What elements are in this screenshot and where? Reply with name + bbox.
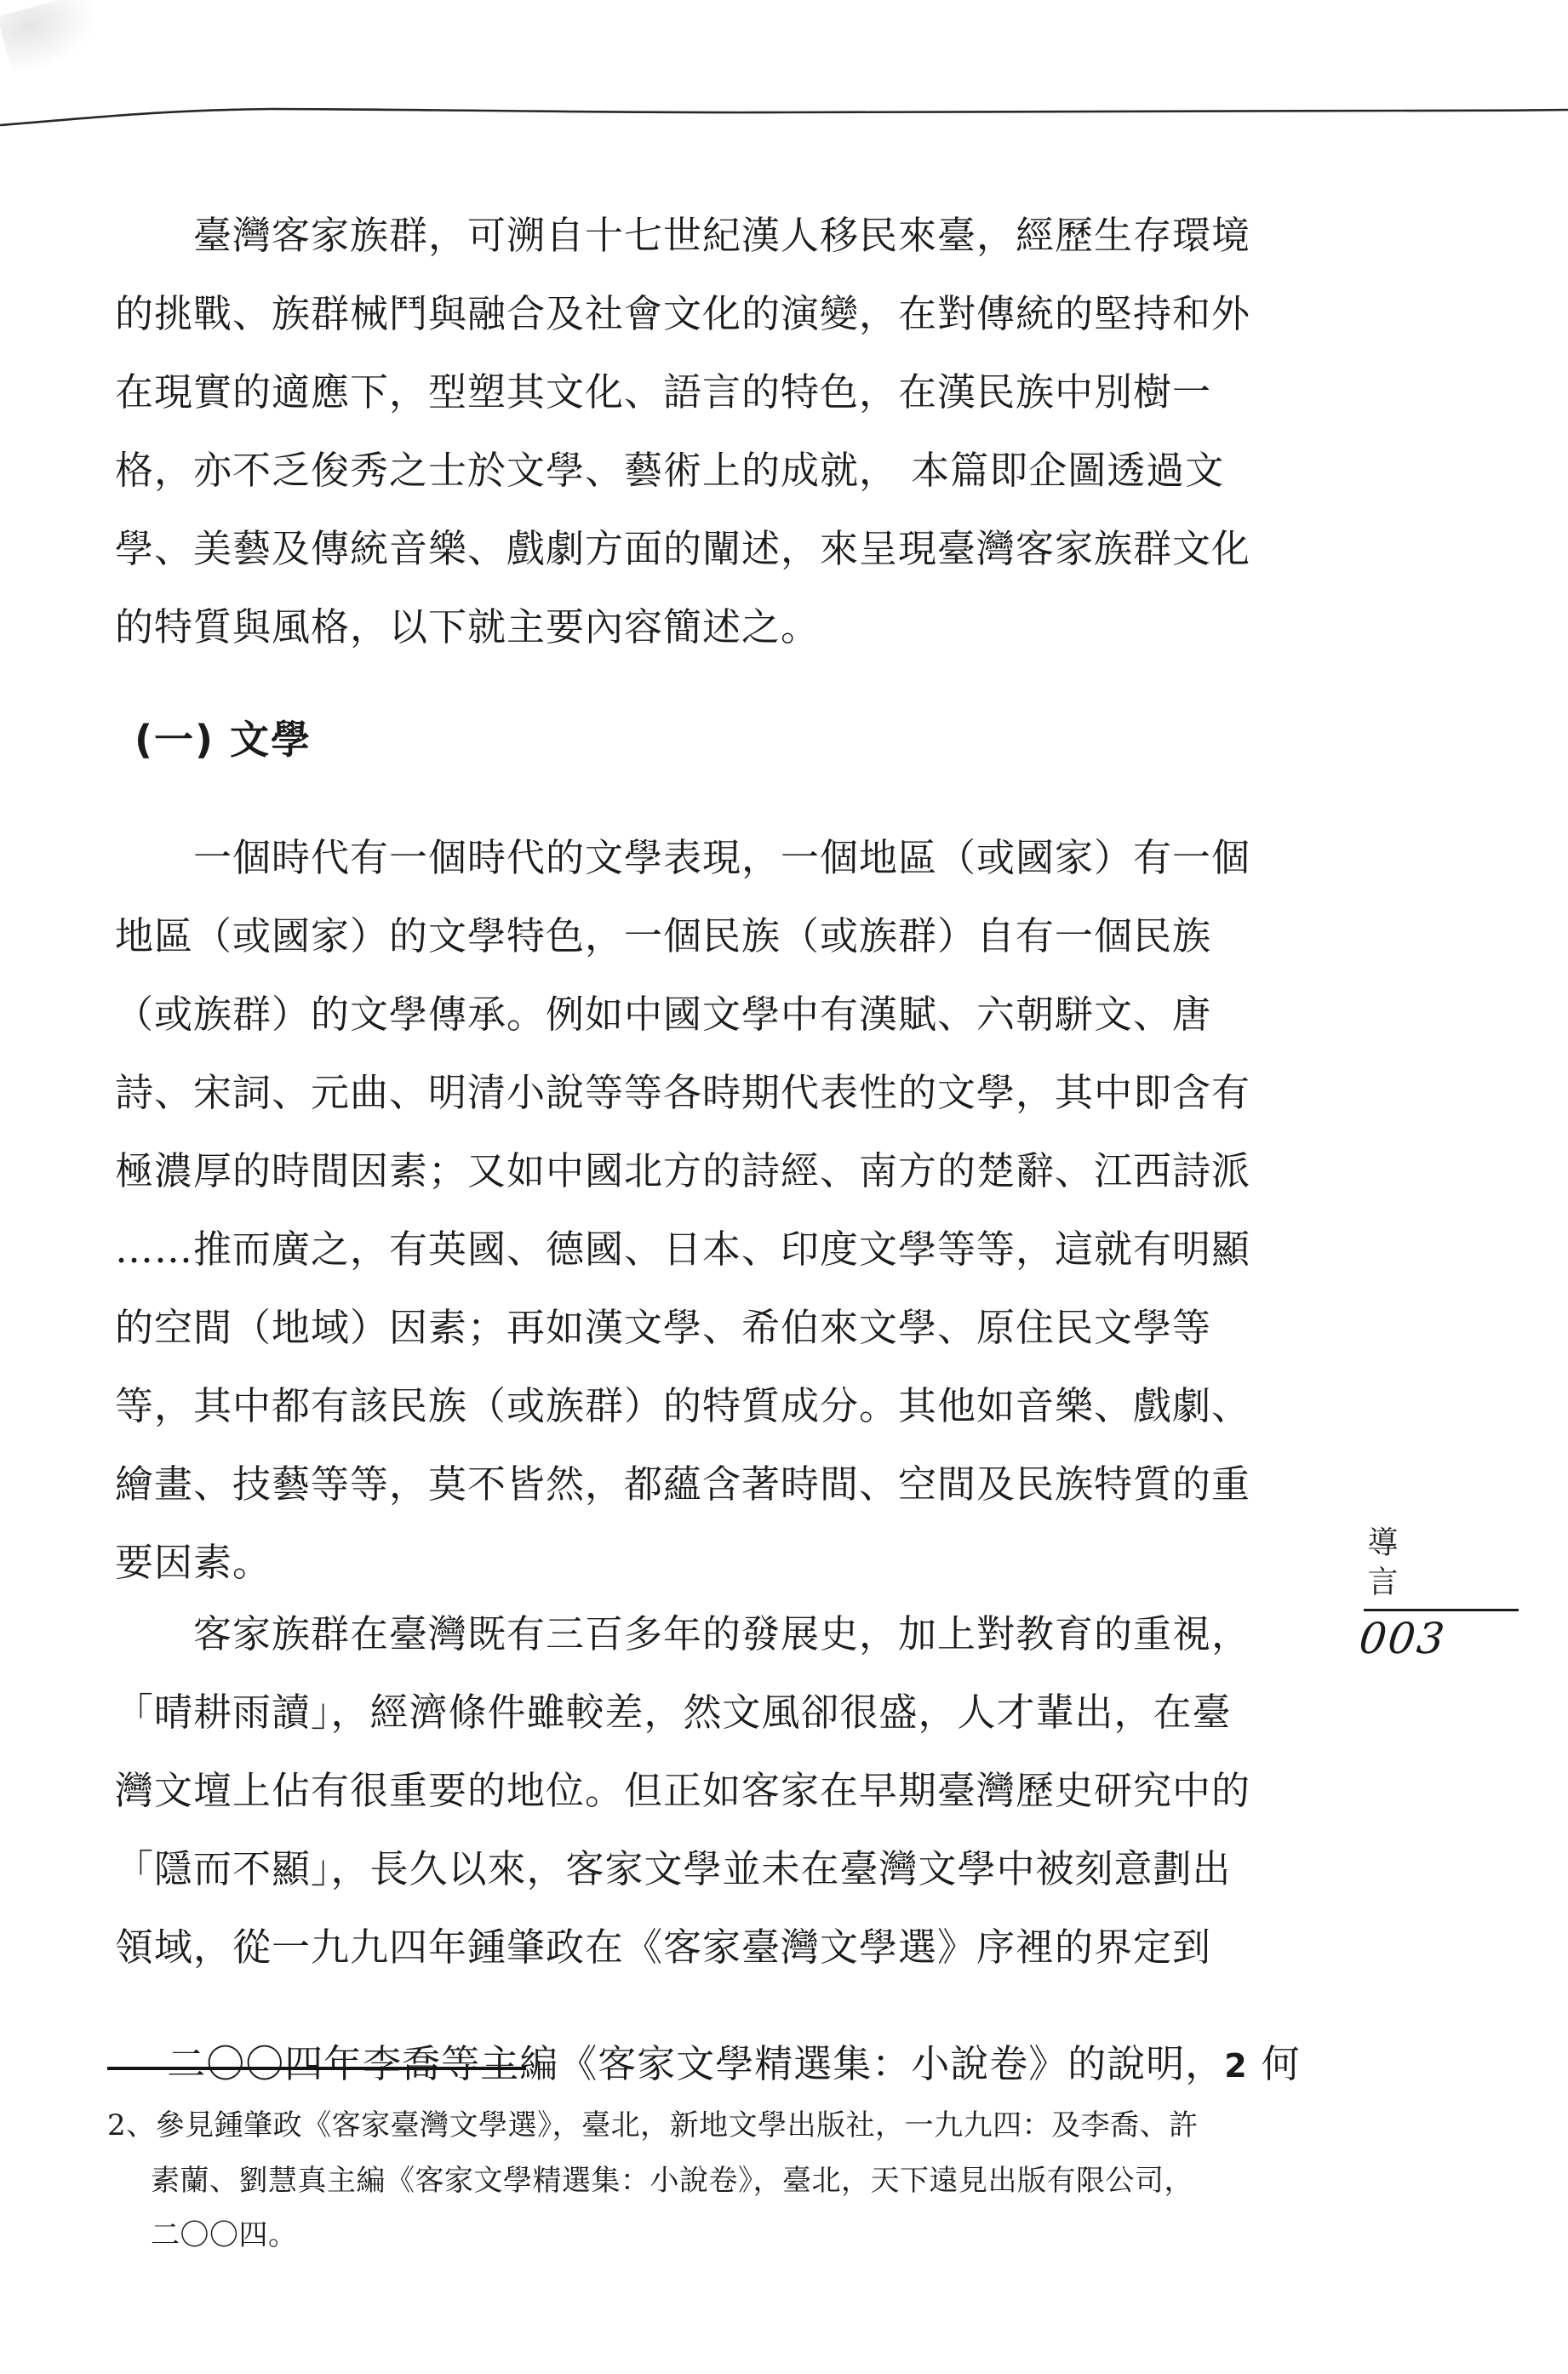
line-text: 何 (1262, 2041, 1301, 2086)
text-line: 臺灣客家族群，可溯自十七世紀漢人移民來臺，經歷生存環境 (193, 216, 1250, 255)
scanned-book-page: 臺灣客家族群，可溯自十七世紀漢人移民來臺，經歷生存環境 的挑戰、族群械鬥與融合及… (0, 0, 1568, 2374)
text-line: 二〇〇四年李喬等主編《客家文學精選集：小說卷》的說明，2何 (115, 2006, 1301, 2121)
margin-section-label: 導言 (1365, 1526, 1395, 1605)
text-line: 詩、宋詞、元曲、明清小說等等各時期代表性的文學，其中即含有 (115, 1073, 1250, 1112)
text-line: 繪畫、技藝等等，莫不皆然，都蘊含著時間、空間及民族特質的重 (115, 1465, 1250, 1503)
text-line: 學、美藝及傳統音樂、戲劇方面的闡述，來呈現臺灣客家族群文化 (115, 529, 1250, 568)
text-line: 領域，從一九九四年鍾肇政在《客家臺灣文學選》序裡的界定到 (115, 1928, 1211, 1966)
footnote-line: 2、參見鍾肇政《客家臺灣文學選》，臺北，新地文學出版社，一九九四：及李喬、許 (107, 2111, 1199, 2140)
footnote-line: 二〇〇四。 (151, 2221, 298, 2250)
line-text: 二〇〇四年李喬等主編《客家文學精選集：小說卷》的說明， (167, 2041, 1224, 2086)
page-number: 003 (1357, 1617, 1448, 1660)
scan-edge-artifact (0, 0, 1568, 187)
text-line: 灣文壇上佔有很重要的地位。但正如客家在早期臺灣歷史研究中的 (115, 1771, 1250, 1810)
text-line: 等，其中都有該民族（或族群）的特質成分。其他如音樂、戲劇、 (115, 1387, 1250, 1425)
footnote-line: 素蘭、劉慧真主編《客家文學精選集：小說卷》，臺北，天下遠見出版有限公司， (151, 2166, 1193, 2195)
section-heading-literature: (一) 文學 (134, 720, 312, 759)
text-line: 極濃厚的時間因素；又如中國北方的詩經、南方的楚辭、江西詩派 (115, 1152, 1250, 1190)
text-line: ……推而廣之，有英國、德國、日本、印度文學等等，這就有明顯 (115, 1230, 1250, 1268)
text-line: 一個時代有一個時代的文學表現，一個地區（或國家）有一個 (193, 838, 1250, 877)
text-line: 地區（或國家）的文學特色，一個民族（或族群）自有一個民族 (115, 917, 1211, 955)
footnote-reference-marker: 2 (1224, 2047, 1247, 2085)
text-line: 的挑戰、族群械鬥與融合及社會文化的演變，在對傳統的堅持和外 (115, 295, 1250, 333)
margin-rule (1364, 1609, 1519, 1611)
text-line: （或族群）的文學傳承。例如中國文學中有漢賦、六朝駢文、唐 (115, 995, 1211, 1033)
text-line: 格，亦不乏俊秀之士於文學、藝術上的成就， 本篇即企圖透過文 (115, 451, 1224, 489)
text-line: 在現實的適應下，型塑其文化、語言的特色，在漢民族中別樹一 (115, 373, 1211, 411)
text-line: 的空間（地域）因素；再如漢文學、希伯來文學、原住民文學等 (115, 1308, 1211, 1347)
text-line: 的特質與風格，以下就主要內容簡述之。 (115, 608, 820, 646)
text-line: 客家族群在臺灣既有三百多年的發展史，加上對教育的重視， (193, 1615, 1250, 1653)
text-line: 要因素。 (115, 1543, 272, 1582)
text-line: 「隱而不顯」，長久以來，客家文學並未在臺灣文學中被刻意劃出 (115, 1850, 1232, 1888)
text-line: 「晴耕雨讀」，經濟條件雖較差，然文風卻很盛，人才輩出，在臺 (115, 1693, 1232, 1731)
footnote-separator-rule (107, 2067, 526, 2070)
